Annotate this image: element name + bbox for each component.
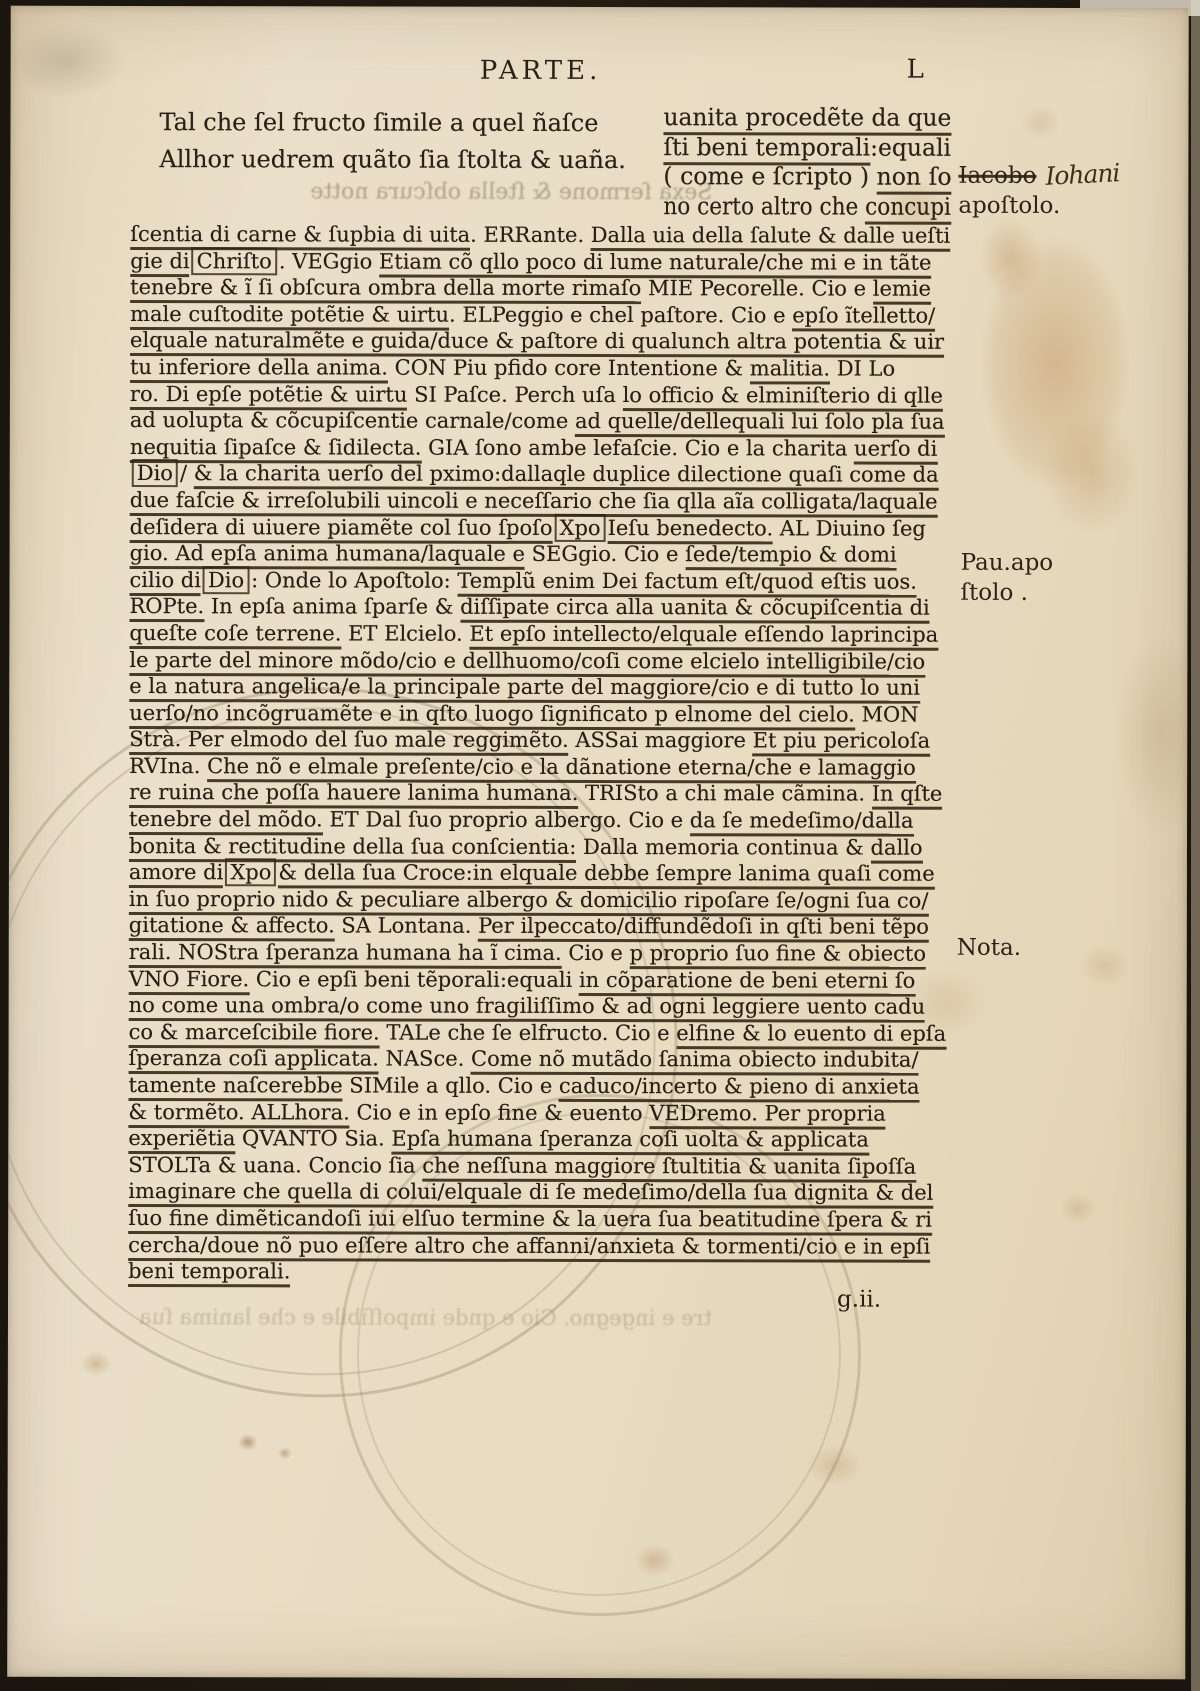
struck-word: Iacobo [958,163,1036,189]
body-line: gitatione & affecto. SA Lontana. Per ilp… [129,912,949,940]
text-segment: Strà. Per elmodo del ſuo male reggimẽto. [129,727,569,756]
body-line: deſidera di uiuere piamẽte col ſuo ſpoſo… [130,514,950,542]
text-segment: Tal che ſel fructo ſimile a quel ñaſce [159,108,598,137]
text-segment: concupi [865,192,951,224]
text-segment: experiẽtia [128,1126,235,1154]
text-segment: ſede/tempio & domi [685,542,897,570]
text-segment: Cio e [562,941,630,965]
text-segment: SA Lontana. [335,914,478,938]
body-line: Strà. Per elmodo del ſuo male reggimẽto.… [129,726,949,754]
text-segment: . ERRante. [470,223,591,247]
verse: Tal che ſel fructo ſimile a quel ñaſceAl… [159,104,626,179]
page-edge-shadow [1191,0,1200,1691]
text-segment: deſidera di uiuere piamẽte col ſuo ſpoſo [130,515,553,544]
body-line: VNO Fiore. Cio e epſi beni tẽporali:equa… [129,966,949,994]
text-segment: TALe che ſe elfructo. Cio e [380,1020,677,1045]
text-segment: : Onde lo Apoſtolo: [251,568,457,592]
text-segment: dallo [871,835,923,863]
text-segment: In qſte [872,782,943,810]
text-segment: in cõparatione de beni eterni ſo [579,968,915,997]
text-segment: . VEGgio [279,249,379,273]
text-segment: lo officio & elminiſterio di qlle [623,383,943,412]
verse-line: Allhor uedrem quãto ſia ſtolta & uaña. [159,141,626,179]
body-line: rali. NOStra ſperanza humana ha ĩ cima. … [129,939,949,967]
body-text: ſcentia di carne & ſupbia di uita. ERRan… [128,221,950,1286]
handwritten-correction: Iohani [1045,158,1120,192]
running-title: PARTE. [131,55,951,87]
text-segment: gitatione & affecto. [129,913,335,941]
text-segment: Cio e epſi beni tẽporali:equali [249,967,579,992]
verse-line: Tal che ſel fructo ſimile a quel ñaſce [159,104,626,142]
body-line: & tormẽto. ALLhora. Cio e in epſo fine &… [128,1099,948,1127]
text-segment: lemie [873,277,931,305]
body-line: cercha/doue nõ puo eſſere altro che affa… [128,1232,948,1260]
scanned-page: Sexa ſermone & ſtella obſcura notte PART… [0,0,1200,1691]
text-segment: tu inferiore della anima. [130,355,388,384]
body-line: nequitia ſipaſce & ſidilecta. GIA ſono a… [130,434,950,462]
body-line: tamente naſcerebbe SIMile a qllo. Cio e … [128,1072,948,1100]
book-page: Sexa ſermone & ſtella obſcura notte PART… [7,6,1188,1679]
text-segment: cilio di [130,568,201,596]
text-segment: / [180,461,194,485]
body-line: le parte del minore mõdo/cio e dellhuomo… [129,647,949,675]
text-segment: Per ilpeccato/diffundẽdoſi in qſti beni … [478,914,929,943]
text-segment: Cio e in epſo fine & euento [350,1100,649,1125]
text-segment: & tormẽto. ALLhora. [128,1100,349,1128]
text-segment: Ieſu benedecto. [608,516,774,544]
margin-note-line: ſtolo . [960,578,1053,608]
text-segment: CON Piu pfido core Intentione & [388,356,750,381]
text-segment: da ſe medeſimo/dalla [690,808,914,836]
text-segment: Dalla memoria continua & [576,835,870,860]
text-segment: malitia. [750,356,830,384]
text-segment: ro. Di epſe potẽtie & uirtu [130,382,408,411]
body-line: bonita & rectitudine della ſua conſcient… [129,833,949,861]
text-segment: ad uolupta & cõcupiſcentie carnale/come [130,408,575,433]
body-line: no come una ombra/o come uno fragiliſſim… [129,992,949,1020]
margin-note-nota: Nota. [957,933,1021,963]
text-segment: no certo altro che [663,192,865,220]
body-line: gie diChriſto. VEGgio Etiam cõ qllo poco… [130,248,950,276]
text-segment: Xpo [555,513,606,541]
text-segment: DI Lo [830,356,895,380]
text-segment: . ELPeggio e chel paſtore. Cio e [449,302,792,327]
intro-line: uanita procedẽte da que [663,103,942,133]
text-segment: Dalla uia della ſalute & dalle ueſti [591,223,950,252]
body-line: imaginare che quella di colui/elquale di… [128,1178,948,1206]
body-line: re ruina che poſſa hauere lanima humana.… [129,779,949,807]
text-segment: tamente naſcerebbe [128,1073,342,1101]
text-segment: gio. Ad epſa anima humana/laquale e [130,541,525,570]
body-line: ad uolupta & cõcupiſcentie carnale/come … [130,407,950,435]
text-segment: ſperanza coſi applicata. [129,1046,379,1075]
text-segment: p proprio ſuo fine & obiecto [630,941,927,970]
text-segment: diſſipate circa alla uanita & cõcupiſcen… [460,595,930,624]
body-line: e la natura angelica/e la principale par… [129,673,949,701]
text-segment: re ruina che poſſa hauere lanima humana. [129,780,578,809]
margin-note-line: IacoboIohani [958,160,1119,191]
margin-note-apostle: IacoboIohani apoſtolo. [958,160,1119,221]
text-segment: non ſo [877,163,952,195]
text-segment: RVIna. [129,754,207,778]
text-segment: elfine & lo euento di epſa [676,1021,946,1050]
body-line: ſperanza coſi applicata. NASce. Come nõ … [129,1045,949,1073]
text-segment: TRISto a chi male cãmina. [578,781,871,806]
text-segment: Templũ enim Dei factum eſt/quod eſtis uo… [457,568,917,597]
body-line: tenebre del mõdo. ET Dal ſuo proprio alb… [129,806,949,834]
signature-mark: g.ii. [837,1287,881,1313]
margin-note-line: apoſtolo. [958,191,1119,221]
text-segment: amore di [129,860,223,888]
bleedthrough-text: tre e ingegno. Cio e qnde impoſſibile e … [139,1305,712,1330]
body-line: cilio diDio: Onde lo Apoſtolo: Templũ en… [130,567,950,595]
text-segment: tenebre & ĩ ſi obſcura ombra della morte… [130,275,641,304]
text-segment: Allhor uedrem quãto ſia ſtolta & uaña. [159,145,626,174]
text-segment: Dio [132,459,178,487]
text-segment: tenebre del mõdo. [129,807,323,835]
text-segment: caduco/incerto & pieno di anxieta [559,1074,920,1103]
text-segment: ET Elcielo. [341,621,469,645]
text-segment: SI Paſce. Perch uſa [407,382,622,406]
text-segment: ſcentia di carne & ſupbia di uita [130,222,470,251]
text-segment: ad quelle/dellequali lui ſolo pla ſua [575,409,945,438]
text-segment: VNO Fiore. [129,967,250,995]
body-line: in ſuo proprio nido & peculiare albergo … [129,886,949,914]
body-line: beni temporali. [128,1258,948,1286]
text-segment: ( come e ſcripto ) [663,162,876,190]
text-segment: Epſa humana ſperanza coſi uolta & applic… [391,1127,869,1156]
body-line: ro. Di epſe potẽtie & uirtu SI Paſce. Pe… [130,381,950,409]
text-segment: che neſſuna maggiore ſtultitia & uanita … [422,1153,916,1182]
text-segment: gie di [130,249,189,277]
text-segment: male cuſtodite potẽtie & uirtu [130,302,449,331]
text-segment: ET Dal ſuo proprio albergo. Cio e [323,807,690,832]
text-segment: Xpo [225,858,276,886]
body-line: due faſcie & irreſolubili uincoli e nece… [130,487,950,515]
text-segment: co & marceſcibile fiore. [129,1020,380,1049]
folio-number: L [907,55,926,85]
intro-line: ſti beni temporali:equali [663,133,944,163]
body-line: STOLTa & uana. Concio ſia che neſſuna ma… [128,1152,948,1180]
body-line: experiẽtia QVANTO Sia. Epſa humana ſpera… [128,1125,948,1153]
text-segment: QVANTO Sia. [235,1126,391,1150]
text-segment: ſti beni temporali [663,133,870,165]
text-segment: ROPte. [129,594,204,622]
body-line: ROPte. In epſa anima ſparſe & diſſipate … [129,593,949,621]
text-segment: ASSai maggiore [569,728,753,752]
text-segment: VEDremo. Per propria [649,1101,886,1129]
text-segment: beni temporali. [128,1259,290,1287]
body-line: uerſo/no incõgruamẽte e in qſto luogo ſi… [129,700,949,728]
text-segment: epſo ĩtelletto/ [792,303,935,331]
text-segment: STOLTa & uana. Concio ſia [128,1153,422,1178]
text-segment: MIE Pecorelle. Cio e [641,276,872,300]
body-line: queſte coſe terrene. ET Elcielo. Et epſo… [129,620,949,648]
text-segment: AL Diuino ſeg [773,516,926,540]
text-segment: cercha/doue nõ puo eſſere altro che affa… [128,1233,930,1263]
body-line: gio. Ad epſa anima humana/laquale e SEGg… [130,540,950,568]
text-segment: NASce. [379,1047,471,1071]
text-segment: Dio [203,566,249,594]
body-line: co & marceſcibile fiore. TALe che ſe elf… [129,1019,949,1047]
text-segment: SEGgio. Cio e [525,542,685,566]
body-line: tu inferiore della anima. CON Piu pfido … [130,354,950,382]
text-segment: Et epſo intellecto/elquale eſſendo lapri… [469,622,938,651]
text-segment: :equali [870,133,951,161]
margin-note-line: Pau.apo [961,548,1054,578]
body-line: tenebre & ĩ ſi obſcura ombra della morte… [130,274,950,302]
text-segment: GIA ſono ambe lefaſcie. Cio e la charita [421,435,854,460]
body-line: ſcentia di carne & ſupbia di uita. ERRan… [130,221,947,249]
body-line: Dio/ & la charita uerſo del pximo:dallaq… [130,460,950,488]
margin-note-paul: Pau.apo ſtolo . [960,548,1053,608]
body-line: amore diXpo& della ſua Croce:in elquale … [129,859,949,887]
text-segment: bonita & rectitudine della ſua conſcient… [129,834,576,863]
text-segment: Come nõ mutãdo ſanima obiecto indubita/ [471,1047,919,1076]
body-line: elquale naturalmẽte e guida/duce & paſto… [130,327,950,355]
text-segment: Et piu pericoloſa [753,729,931,757]
text-segment: uerſo di [854,436,937,464]
text-segment: uanita procedẽte da que [663,103,951,136]
body-line: ſuo fine dimẽticandoſi iui elſuo termine… [128,1205,948,1233]
text-segment: SIMile a qllo. Cio e [343,1073,559,1097]
bleedthrough-text: Sexa ſermone & ſtella obſcura notte [310,179,712,205]
body-line: male cuſtodite potẽtie & uirtu. ELPeggio… [130,301,950,329]
text-segment: In epſa anima ſparſe & [204,594,460,619]
text-segment: MON [855,702,919,726]
intro-column: uanita procedẽte da queſti beni temporal… [663,103,951,222]
text-segment: queſte coſe terrene. [129,621,341,649]
intro-line: ( come e ſcripto ) non ſo [663,162,946,192]
text-segment: rali. NOStra ſperanza humana ha ĩ cima. [129,940,562,969]
intro-line: no certo altro che concupi [663,192,922,222]
body-line: RVIna. Che nõ e elmale preſente/cio e la… [129,753,949,781]
text-segment: Chriſto [192,247,277,275]
